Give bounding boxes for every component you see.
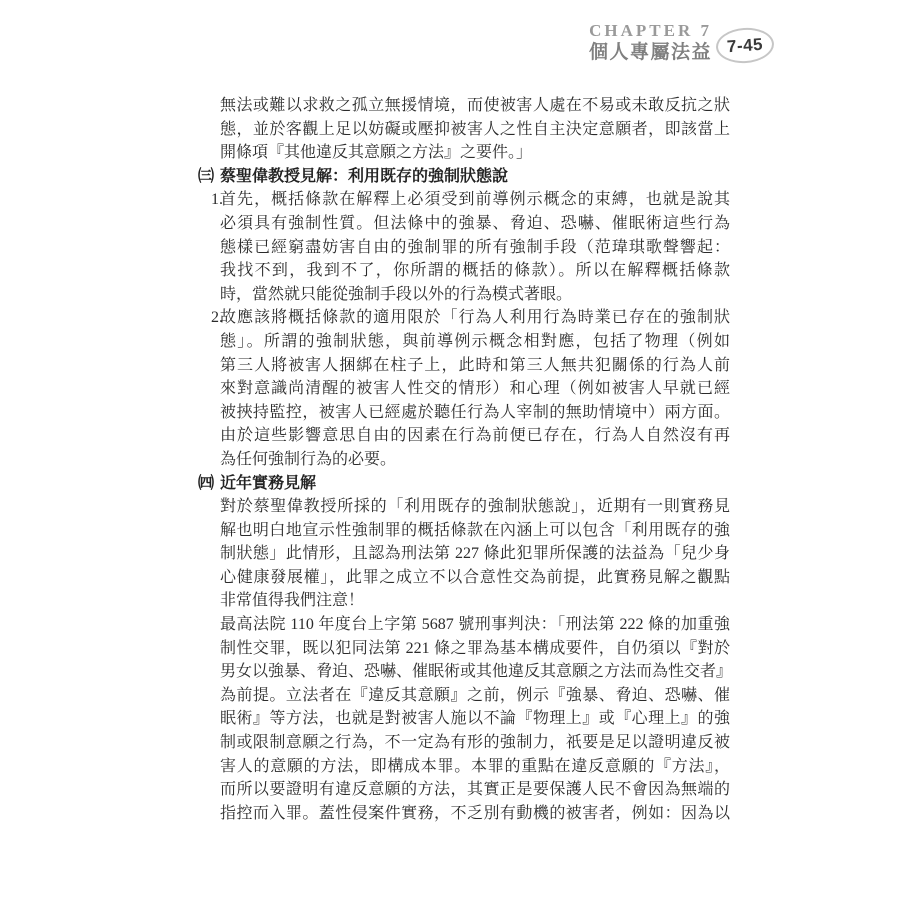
text-line: 心健康發展權」，此罪之成立不以合意性交為前提，此實務見解之觀點 [198, 566, 730, 590]
text-line: 為任何強制行為的必要。 [198, 448, 730, 472]
line-text: 蔡聖偉教授見解：利用既存的強制狀態說 [220, 165, 730, 189]
line-text: 眠術』等方法，也就是對被害人施以不論『物理上』或『心理上』的強 [220, 707, 730, 731]
line-text: 第三人將被害人捆綁在柱子上，此時和第三人無共犯關係的行為人前 [220, 354, 730, 378]
line-text: 時，當然就只能從強制手段以外的行為模式著眼。 [220, 283, 730, 307]
line-text: 由於這些影響意思自由的因素在行為前便已存在，行為人自然沒有再 [220, 424, 730, 448]
text-line: 而所以要證明有違反意願的方法，其實正是要保護人民不會因為無端的 [198, 778, 730, 802]
text-line: 為前提。立法者在『違反其意願』之前，例示『強暴、脅迫、恐嚇、催 [198, 684, 730, 708]
line-text: 我找不到，我到不了，你所謂的概括的條款）。所以在解釋概括條款 [220, 259, 730, 283]
line-text: 近年實務見解 [220, 472, 730, 496]
chapter-title: 個人專屬法益 [589, 41, 712, 64]
text-line: 無法或難以求救之孤立無援情境，而使被害人處在不易或未敢反抗之狀 [198, 94, 730, 118]
line-text: 制性交罪，既以犯同法第 221 條之罪為基本構成要件，自仍須以『對於 [220, 637, 730, 661]
line-text: 男女以強暴、脅迫、恐嚇、催眠術或其他違反其意願之方法而為性交者』 [220, 660, 730, 684]
text-line: 最高法院 110 年度台上字第 5687 號刑事判決：「刑法第 222 條的加重… [198, 613, 730, 637]
line-text: 態樣已經窮盡妨害自由的強制罪的所有強制手段（范瑋琪歌聲響起： [220, 236, 730, 260]
section-heading-line: ㈢蔡聖偉教授見解：利用既存的強制狀態說 [198, 165, 730, 189]
text-line: 態，並於客觀上足以妨礙或壓抑被害人之性自主決定意願者，即該當上 [198, 118, 730, 142]
line-text: 開條項『其他違反其意願之方法』之要件。」 [220, 141, 730, 165]
line-text: 而所以要證明有違反意願的方法，其實正是要保護人民不會因為無端的 [220, 778, 730, 802]
text-line: 制性交罪，既以犯同法第 221 條之罪為基本構成要件，自仍須以『對於 [198, 637, 730, 661]
line-text: 被挾持監控，被害人已經處於聽任行為人宰制的無助情境中）兩方面。 [220, 401, 730, 425]
text-line: 開條項『其他違反其意願之方法』之要件。」 [198, 141, 730, 165]
line-text: 態，並於客觀上足以妨礙或壓抑被害人之性自主決定意願者，即該當上 [220, 118, 730, 142]
section-heading-line: ㈣近年實務見解 [198, 472, 730, 496]
section-marker: ㈢ [198, 165, 214, 189]
chapter-label: CHAPTER 7 [589, 22, 712, 40]
text-line: 時，當然就只能從強制手段以外的行為模式著眼。 [198, 283, 730, 307]
line-text: 害人的意願的方法，即構成本罪。本罪的重點在違反意願的『方法』， [220, 755, 730, 779]
line-text: 態」。所謂的強制狀態，與前導例示概念相對應，包括了物理（例如 [220, 330, 730, 354]
line-text: 制狀態」此情形，且認為刑法第 227 條此犯罪所保護的法益為「兒少身 [220, 542, 730, 566]
text-line: 眠術』等方法，也就是對被害人施以不論『物理上』或『心理上』的強 [198, 707, 730, 731]
text-line: 男女以強暴、脅迫、恐嚇、催眠術或其他違反其意願之方法而為性交者』 [198, 660, 730, 684]
text-line: 指控而入罪。蓋性侵案件實務，不乏別有動機的被害者，例如：因為以 [198, 802, 730, 826]
line-text: 無法或難以求救之孤立無援情境，而使被害人處在不易或未敢反抗之狀 [220, 94, 730, 118]
text-line: 被挾持監控，被害人已經處於聽任行為人宰制的無助情境中）兩方面。 [198, 401, 730, 425]
book-page: CHAPTER 7 個人專屬法益 7-45 無法或難以求救之孤立無援情境，而使被… [0, 0, 900, 900]
text-line: 對於蔡聖偉教授所採的「利用既存的強制狀態說」，近期有一則實務見 [198, 495, 730, 519]
line-text: 為任何強制行為的必要。 [220, 448, 730, 472]
line-text: 為前提。立法者在『違反其意願』之前，例示『強暴、脅迫、恐嚇、催 [220, 684, 730, 708]
text-line: 由於這些影響意思自由的因素在行為前便已存在，行為人自然沒有再 [198, 424, 730, 448]
line-text: 來對意識尚清醒的被害人性交的情形）和心理（例如被害人早就已經 [220, 377, 730, 401]
line-text: 制或限制意願之行為，不一定為有形的強制力，祇要是足以證明違反被 [220, 731, 730, 755]
text-line: 來對意識尚清醒的被害人性交的情形）和心理（例如被害人早就已經 [198, 377, 730, 401]
text-line: 非常值得我們注意！ [198, 589, 730, 613]
item-number: 1. [211, 188, 223, 212]
item-number: 2. [211, 306, 223, 330]
text-line: 2.故應該將概括條款的適用限於「行為人利用行為時業已存在的強制狀 [198, 306, 730, 330]
line-text: 最高法院 110 年度台上字第 5687 號刑事判決：「刑法第 222 條的加重… [220, 613, 730, 637]
text-line: 制狀態」此情形，且認為刑法第 227 條此犯罪所保護的法益為「兒少身 [198, 542, 730, 566]
text-line: 態」。所謂的強制狀態，與前導例示概念相對應，包括了物理（例如 [198, 330, 730, 354]
page-body: 無法或難以求救之孤立無援情境，而使被害人處在不易或未敢反抗之狀態，並於客觀上足以… [198, 94, 730, 825]
text-line: 第三人將被害人捆綁在柱子上，此時和第三人無共犯關係的行為人前 [198, 354, 730, 378]
text-line: 1.首先，概括條款在解釋上必須受到前導例示概念的束縛，也就是說其 [198, 188, 730, 212]
section-marker: ㈣ [198, 472, 214, 496]
page-number-badge: 7-45 [715, 26, 775, 65]
text-line: 制或限制意願之行為，不一定為有形的強制力，祇要是足以證明違反被 [198, 731, 730, 755]
line-text: 故應該將概括條款的適用限於「行為人利用行為時業已存在的強制狀 [220, 306, 730, 330]
text-line: 我找不到，我到不了，你所謂的概括的條款）。所以在解釋概括條款 [198, 259, 730, 283]
text-line: 態樣已經窮盡妨害自由的強制罪的所有強制手段（范瑋琪歌聲響起： [198, 236, 730, 260]
text-line: 必須具有強制性質。但法條中的強暴、脅迫、恐嚇、催眠術這些行為 [198, 212, 730, 236]
line-text: 對於蔡聖偉教授所採的「利用既存的強制狀態說」，近期有一則實務見 [220, 495, 730, 519]
page-header: CHAPTER 7 個人專屬法益 [589, 22, 712, 64]
text-line: 解也明白地宣示性強制罪的概括條款在內涵上可以包含「利用既存的強 [198, 519, 730, 543]
line-text: 心健康發展權」，此罪之成立不以合意性交為前提，此實務見解之觀點 [220, 566, 730, 590]
line-text: 非常值得我們注意！ [220, 589, 730, 613]
line-text: 指控而入罪。蓋性侵案件實務，不乏別有動機的被害者，例如：因為以 [220, 802, 730, 826]
text-line: 害人的意願的方法，即構成本罪。本罪的重點在違反意願的『方法』， [198, 755, 730, 779]
line-text: 解也明白地宣示性強制罪的概括條款在內涵上可以包含「利用既存的強 [220, 519, 730, 543]
line-text: 必須具有強制性質。但法條中的強暴、脅迫、恐嚇、催眠術這些行為 [220, 212, 730, 236]
line-text: 首先，概括條款在解釋上必須受到前導例示概念的束縛，也就是說其 [220, 188, 730, 212]
